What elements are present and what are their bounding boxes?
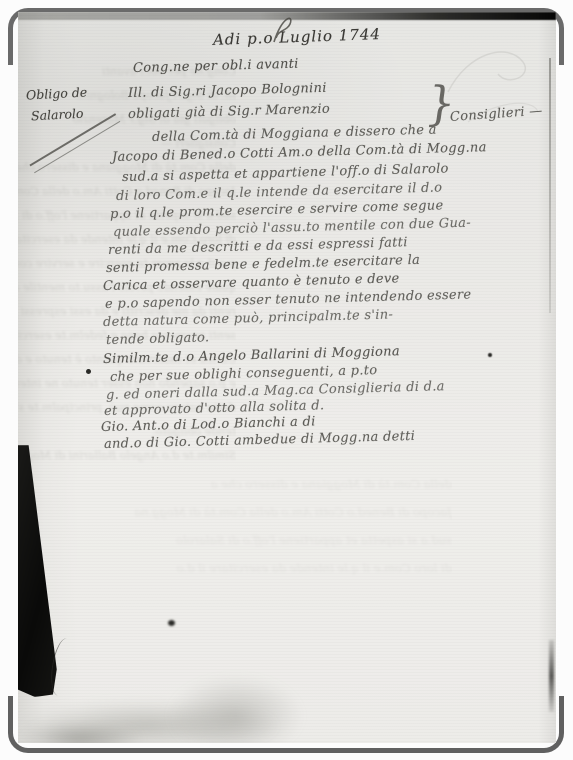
handwriting-line: obligati già di Sig.r Marenzio	[128, 102, 330, 122]
ink-speck	[168, 620, 175, 626]
handwriting-lines: Cong.ne per obl.i avantiIll. di Sig.ri J…	[18, 12, 556, 743]
ink-speck	[488, 353, 492, 357]
handwriting-line: Consiglieri —	[449, 104, 543, 125]
manuscript-page: Cong.ne per obl.i avantiIll. di Sig.ri J…	[18, 12, 556, 743]
handwriting-line: Cong.ne per obl.i avanti	[133, 57, 299, 76]
handwriting-line: Ill. di Sig.ri Jacopo Bolognini	[128, 81, 327, 101]
handwriting-line: tende obligato.	[106, 330, 210, 348]
ink-speck	[86, 369, 91, 374]
